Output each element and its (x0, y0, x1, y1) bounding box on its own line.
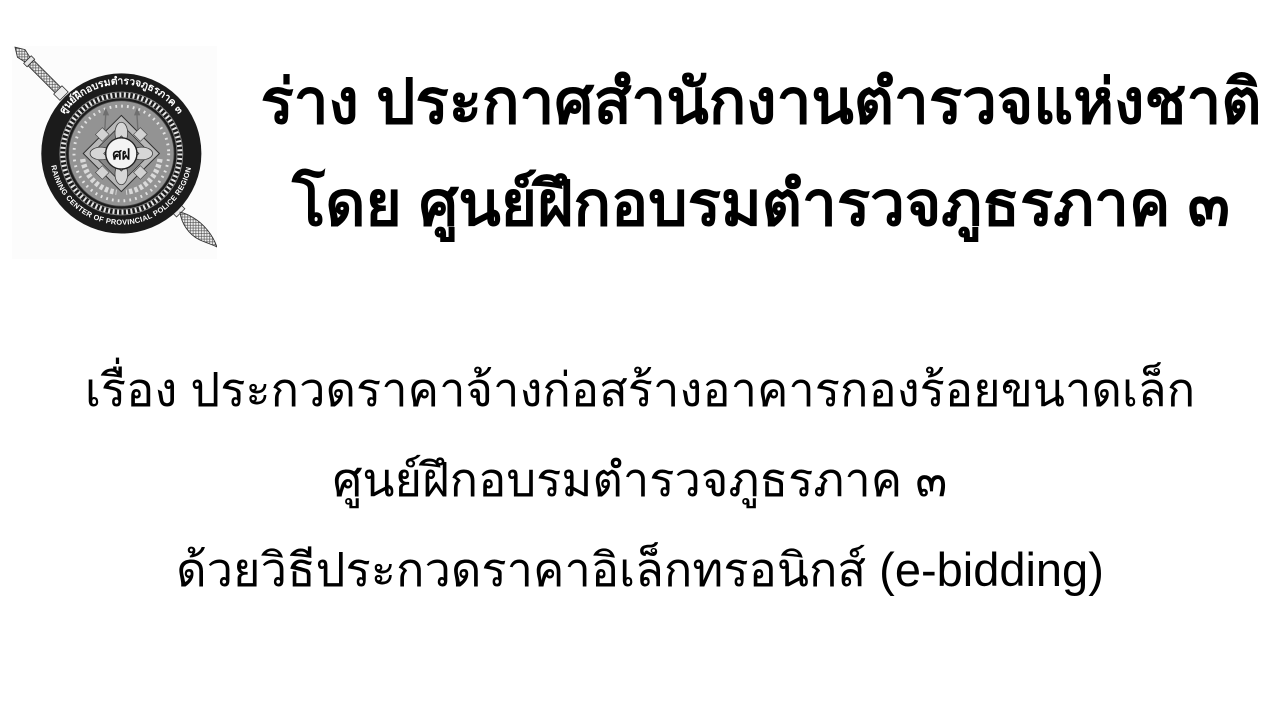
title-line-2: โดย ศูนย์ฝึกอบรมตำรวจภูธรภาค ๓ (242, 154, 1280, 256)
title-line-1: ร่าง ประกาศสำนักงานตำรวจแห่งชาติ (242, 52, 1280, 154)
subject-line-2: ศูนย์ฝึกอบรมตำรวจภูธรภาค ๓ (0, 435, 1280, 525)
emblem-monogram: ศฝ (112, 147, 130, 163)
subject-line-1: เรื่อง ประกวดราคาจ้างก่อสร้างอาคารกองร้อ… (0, 345, 1280, 435)
title-block: ร่าง ประกาศสำนักงานตำรวจแห่งชาติ โดย ศูน… (242, 0, 1280, 256)
subject-block: เรื่อง ประกวดราคาจ้างก่อสร้างอาคารกองร้อ… (0, 345, 1280, 615)
header: ศูนย์ฝึกอบรมตำรวจภูธรภาค ๓ TRAINING CENT… (0, 0, 1280, 260)
subject-line-3: ด้วยวิธีประกวดราคาอิเล็กทรอนิกส์ (e-bidd… (0, 525, 1280, 615)
document-page: ศูนย์ฝึกอบรมตำรวจภูธรภาค ๓ TRAINING CENT… (0, 0, 1280, 720)
logo-area: ศูนย์ฝึกอบรมตำรวจภูธรภาค ๓ TRAINING CENT… (0, 0, 242, 260)
emblem-logo: ศูนย์ฝึกอบรมตำรวจภูธรภาค ๓ TRAINING CENT… (12, 45, 217, 260)
